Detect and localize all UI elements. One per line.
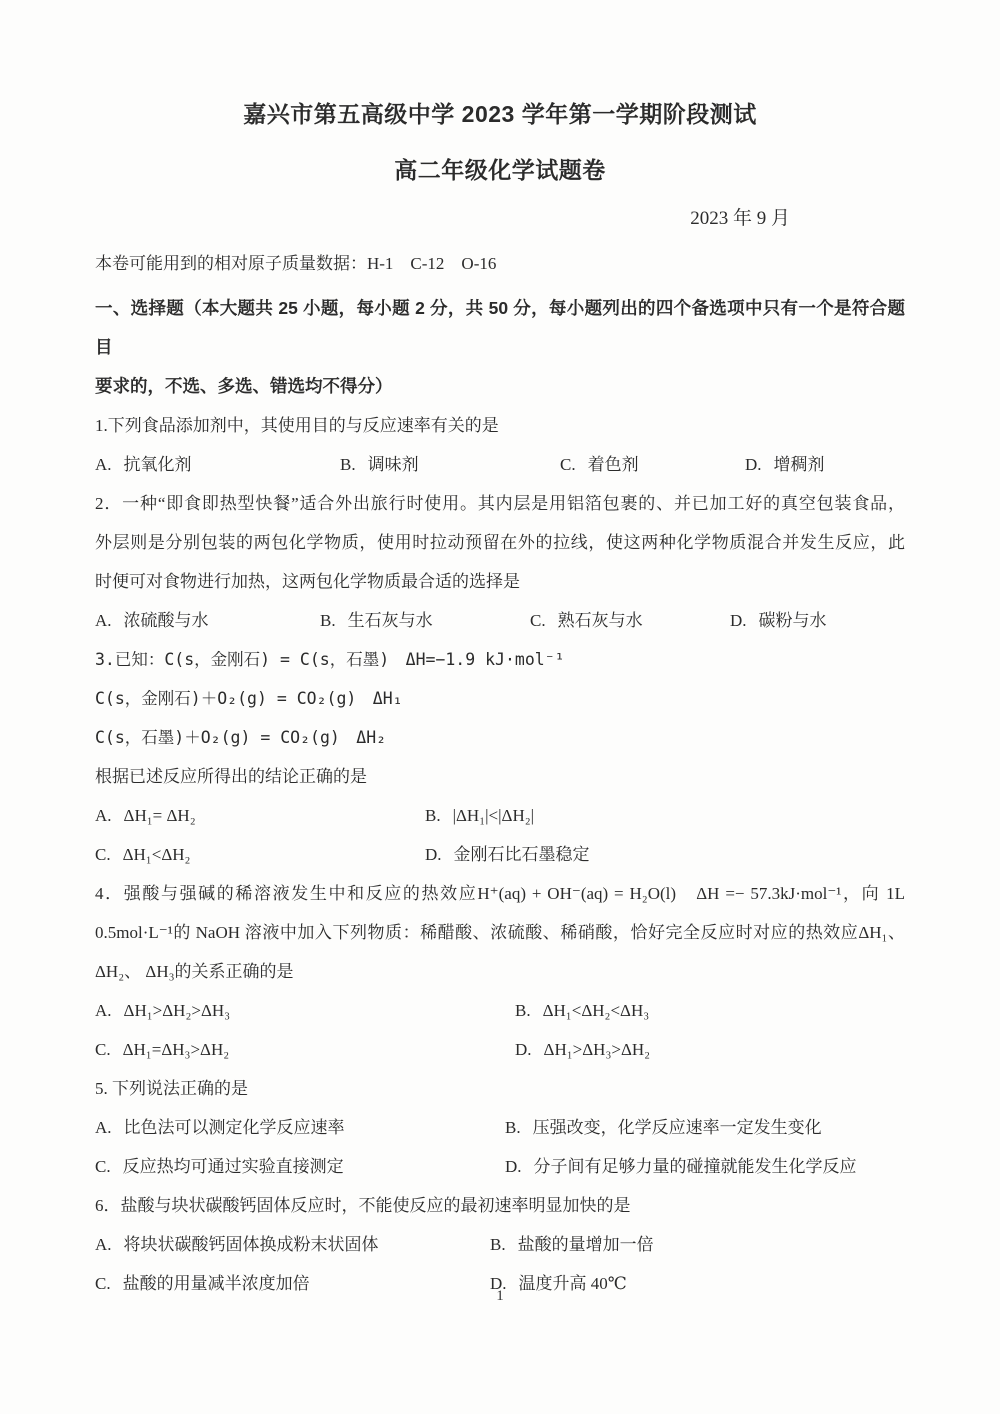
question-2-option-a: A.浓硫酸与水 xyxy=(95,601,320,640)
option-label: A. xyxy=(95,1118,112,1137)
question-6-option-a: A.将块状碳酸钙固体换成粉末状固体 xyxy=(95,1225,490,1264)
option-label: D. xyxy=(425,845,442,864)
question-6: 6．盐酸与块状碳酸钙固体反应时，不能使反应的最初速率明显加快的是 A.将块状碳酸… xyxy=(95,1186,905,1303)
option-label: D. xyxy=(515,1040,532,1059)
question-1: 1.下列食品添加剂中，其使用目的与反应速率有关的是 A.抗氧化剂 B.调味剂 C… xyxy=(95,406,905,484)
question-2: 2．一种“即食即热型快餐”适合外出旅行时使用。其内层是用铝箔包裹的、并已加工好的… xyxy=(95,484,905,640)
option-label: B. xyxy=(515,1001,531,1020)
page-number: 1 xyxy=(0,1288,1000,1305)
option-text: 将块状碳酸钙固体换成粉末状固体 xyxy=(124,1235,379,1254)
question-6-stem: 6．盐酸与块状碳酸钙固体反应时，不能使反应的最初速率明显加快的是 xyxy=(95,1186,905,1225)
exam-date: 2023 年 9 月 xyxy=(95,206,905,232)
option-text: ΔH₁<ΔH₂ xyxy=(123,845,191,864)
option-text: ΔH₁>ΔH₃>ΔH₂ xyxy=(544,1040,651,1059)
option-text: 调味剂 xyxy=(368,455,419,474)
question-1-options: A.抗氧化剂 B.调味剂 C.着色剂 D.增稠剂 xyxy=(95,445,905,484)
option-text: 抗氧化剂 xyxy=(124,455,192,474)
question-5-option-d: D.分子间有足够力量的碰撞就能发生化学反应 xyxy=(505,1147,905,1186)
question-3-option-b: B.|ΔH₁|<|ΔH₂| xyxy=(425,796,905,835)
question-1-option-a: A.抗氧化剂 xyxy=(95,445,340,484)
option-label: B. xyxy=(425,806,441,825)
option-label: D. xyxy=(745,455,762,474)
question-3-option-c: C.ΔH₁<ΔH₂ xyxy=(95,835,425,874)
option-text: ΔH₁>ΔH₂>ΔH₃ xyxy=(124,1001,231,1020)
question-5-stem: 5. 下列说法正确的是 xyxy=(95,1069,905,1108)
question-6-option-b: B.盐酸的量增加一倍 xyxy=(490,1225,905,1264)
section-heading-line-1: 一、选择题（本大题共 25 小题，每小题 2 分，共 50 分，每小题列出的四个… xyxy=(95,289,905,367)
question-4-stem-line-2: 0.5mol·L⁻¹的 NaOH 溶液中加入下列物质：稀醋酸、浓硫酸、稀硝酸，恰… xyxy=(95,913,905,952)
option-text: 盐酸的量增加一倍 xyxy=(518,1235,654,1254)
option-text: 生石灰与水 xyxy=(348,611,433,630)
option-label: C. xyxy=(95,1157,111,1176)
option-label: C. xyxy=(530,611,546,630)
question-5-option-a: A.比色法可以测定化学反应速率 xyxy=(95,1108,505,1147)
option-label: A. xyxy=(95,611,112,630)
question-3-option-a: A.ΔH₁= ΔH₂ xyxy=(95,796,425,835)
question-3-stem-line-1: 3.已知：C(s，金刚石) = C(s，石墨) ΔH=−1.9 kJ·mol⁻¹ xyxy=(95,640,905,679)
exam-page: 嘉兴市第五高级中学 2023 学年第一学期阶段测试 高二年级化学试题卷 2023… xyxy=(0,0,1000,1414)
option-text: 金刚石比石墨稳定 xyxy=(454,845,590,864)
question-5-option-c: C.反应热均可通过实验直接测定 xyxy=(95,1147,505,1186)
option-text: 熟石灰与水 xyxy=(558,611,643,630)
option-text: 比色法可以测定化学反应速率 xyxy=(124,1118,345,1137)
exam-title: 嘉兴市第五高级中学 2023 学年第一学期阶段测试 xyxy=(95,98,905,130)
question-4-option-d: D.ΔH₁>ΔH₃>ΔH₂ xyxy=(515,1030,905,1069)
exam-subtitle: 高二年级化学试题卷 xyxy=(95,154,905,186)
option-label: C. xyxy=(95,845,111,864)
option-text: ΔH₁= ΔH₂ xyxy=(124,806,196,825)
question-3-stem-line-4: 根据已述反应所得出的结论正确的是 xyxy=(95,757,905,796)
exam-header: 嘉兴市第五高级中学 2023 学年第一学期阶段测试 高二年级化学试题卷 2023… xyxy=(95,98,905,232)
option-label: B. xyxy=(505,1118,521,1137)
question-3-option-d: D.金刚石比石墨稳定 xyxy=(425,835,905,874)
option-label: A. xyxy=(95,455,112,474)
option-text: |ΔH₁|<|ΔH₂| xyxy=(453,806,534,825)
question-2-stem-line-1: 2．一种“即食即热型快餐”适合外出旅行时使用。其内层是用铝箔包裹的、并已加工好的… xyxy=(95,484,905,523)
option-label: B. xyxy=(320,611,336,630)
question-5: 5. 下列说法正确的是 A.比色法可以测定化学反应速率 B.压强改变，化学反应速… xyxy=(95,1069,905,1186)
question-2-option-c: C.熟石灰与水 xyxy=(530,601,730,640)
option-label: A. xyxy=(95,1001,112,1020)
section-heading: 一、选择题（本大题共 25 小题，每小题 2 分，共 50 分，每小题列出的四个… xyxy=(95,289,905,406)
question-4-stem-line-1: 4．强酸与强碱的稀溶液发生中和反应的热效应H⁺(aq) + OH⁻(aq) = … xyxy=(95,874,905,913)
question-2-option-b: B.生石灰与水 xyxy=(320,601,530,640)
option-text: 反应热均可通过实验直接测定 xyxy=(123,1157,344,1176)
option-text: 增稠剂 xyxy=(774,455,825,474)
question-2-options: A.浓硫酸与水 B.生石灰与水 C.熟石灰与水 D.碳粉与水 xyxy=(95,601,905,640)
option-label: C. xyxy=(560,455,576,474)
question-4-option-c: C.ΔH₁=ΔH₃>ΔH₂ xyxy=(95,1030,515,1069)
question-3-equation-2: C(s，石墨)＋O₂(g) = CO₂(g) ΔH₂ xyxy=(95,718,905,757)
option-text: 着色剂 xyxy=(588,455,639,474)
question-2-stem-line-3: 时便可对食物进行加热，这两包化学物质最合适的选择是 xyxy=(95,562,905,601)
option-label: B. xyxy=(490,1235,506,1254)
question-5-option-b: B.压强改变，化学反应速率一定发生变化 xyxy=(505,1108,905,1147)
option-text: ΔH₁<ΔH₂<ΔH₃ xyxy=(543,1001,650,1020)
option-text: 碳粉与水 xyxy=(759,611,827,630)
question-1-option-b: B.调味剂 xyxy=(340,445,560,484)
option-label: D. xyxy=(505,1157,522,1176)
question-4-option-b: B.ΔH₁<ΔH₂<ΔH₃ xyxy=(515,991,905,1030)
option-label: C. xyxy=(95,1040,111,1059)
question-2-option-d: D.碳粉与水 xyxy=(730,601,905,640)
question-3-options: A.ΔH₁= ΔH₂ B.|ΔH₁|<|ΔH₂| C.ΔH₁<ΔH₂ D.金刚石… xyxy=(95,796,905,874)
question-3: 3.已知：C(s，金刚石) = C(s，石墨) ΔH=−1.9 kJ·mol⁻¹… xyxy=(95,640,905,874)
section-heading-line-2: 要求的，不选、多选、错选均不得分） xyxy=(95,367,905,406)
option-text: ΔH₁=ΔH₃>ΔH₂ xyxy=(123,1040,230,1059)
question-5-options: A.比色法可以测定化学反应速率 B.压强改变，化学反应速率一定发生变化 C.反应… xyxy=(95,1108,905,1186)
question-4-option-a: A.ΔH₁>ΔH₂>ΔH₃ xyxy=(95,991,515,1030)
question-3-equation-1: C(s，金刚石)＋O₂(g) = CO₂(g) ΔH₁ xyxy=(95,679,905,718)
question-1-option-c: C.着色剂 xyxy=(560,445,745,484)
option-label: D. xyxy=(730,611,747,630)
question-4: 4．强酸与强碱的稀溶液发生中和反应的热效应H⁺(aq) + OH⁻(aq) = … xyxy=(95,874,905,1069)
option-label: A. xyxy=(95,806,112,825)
atomic-mass-note: 本卷可能用到的相对原子质量数据：H-1 C-12 O-16 xyxy=(95,244,905,283)
question-1-stem: 1.下列食品添加剂中，其使用目的与反应速率有关的是 xyxy=(95,406,905,445)
question-4-stem-line-3: ΔH₂、 ΔH₃的关系正确的是 xyxy=(95,952,905,991)
option-label: B. xyxy=(340,455,356,474)
question-4-options: A.ΔH₁>ΔH₂>ΔH₃ B.ΔH₁<ΔH₂<ΔH₃ C.ΔH₁=ΔH₃>ΔH… xyxy=(95,991,905,1069)
option-text: 浓硫酸与水 xyxy=(124,611,209,630)
option-text: 分子间有足够力量的碰撞就能发生化学反应 xyxy=(534,1157,857,1176)
option-text: 压强改变，化学反应速率一定发生变化 xyxy=(533,1118,822,1137)
exam-body: 本卷可能用到的相对原子质量数据：H-1 C-12 O-16 一、选择题（本大题共… xyxy=(95,244,905,1303)
question-2-stem-line-2: 外层则是分别包装的两包化学物质，使用时拉动预留在外的拉线，使这两种化学物质混合并… xyxy=(95,523,905,562)
option-label: A. xyxy=(95,1235,112,1254)
question-1-option-d: D.增稠剂 xyxy=(745,445,905,484)
